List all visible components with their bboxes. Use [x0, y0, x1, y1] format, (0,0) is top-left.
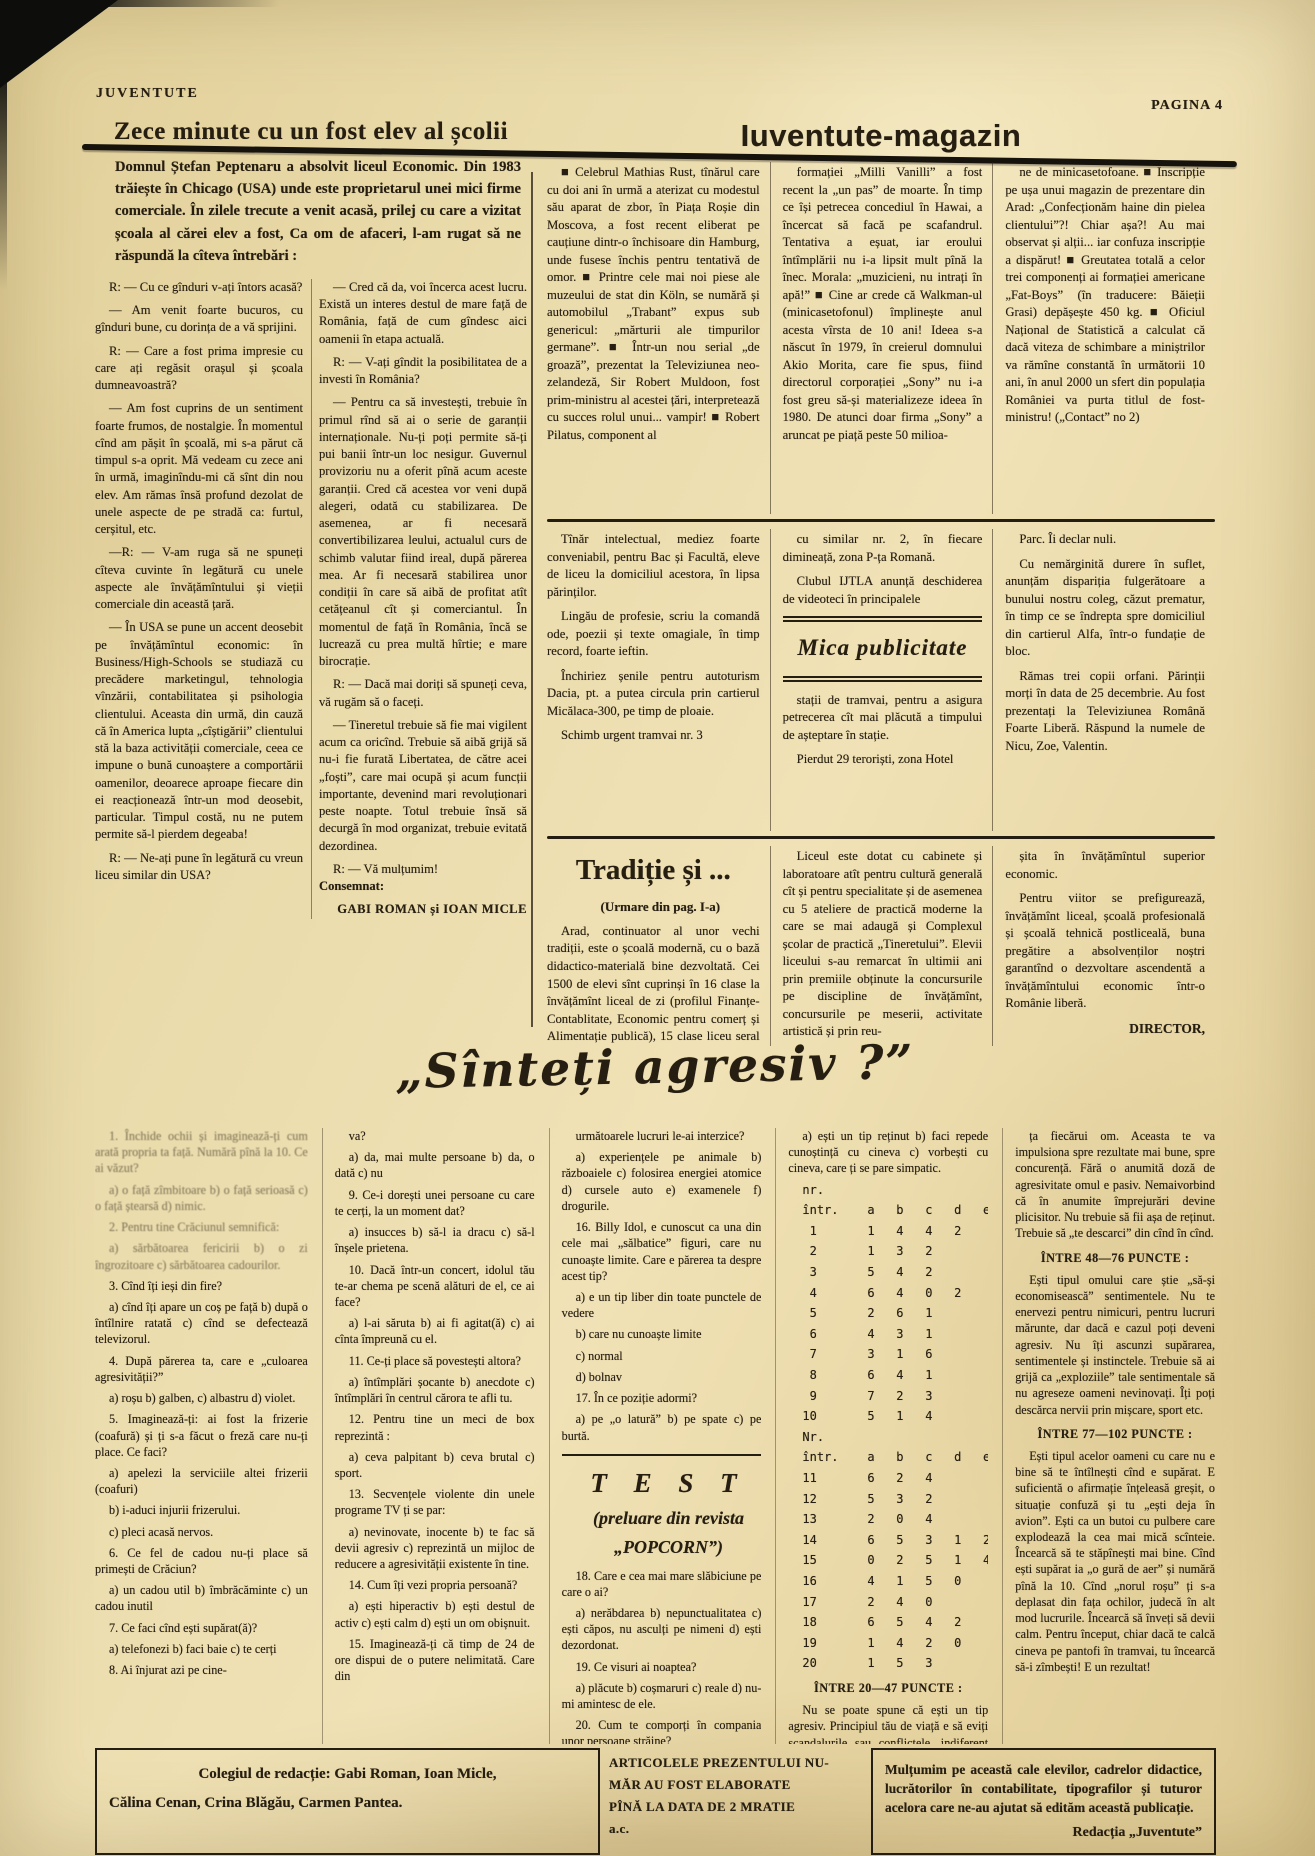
quiz-item: a) întîmplări șocante b) anecdote c) înt… [335, 1374, 535, 1406]
signature-label: Consemnat: [319, 878, 527, 895]
classified-ad: stații de tramvai, pentru a asigura petr… [783, 692, 983, 745]
footer-notice-line: ARTICOLELE PREZENTULUI NU- [609, 1752, 862, 1774]
qa-paragraph: R: — Cu ce gînduri v-ați întors acasă? [95, 279, 303, 296]
qa-paragraph: — Am venit foarte bucuros, cu gînduri bu… [95, 302, 303, 337]
horizontal-rule [547, 836, 1215, 839]
scan-corner-artifact [0, 0, 118, 88]
score-table-row: 5 2 6 1 [788, 1306, 988, 1322]
classified-ad: Rămas trei copii orfani. Părinții morți … [1005, 668, 1205, 756]
score-table-row: 7 3 1 6 [788, 1347, 988, 1363]
traditie-col-b: Liceul este dotat cu cabinete și laborat… [770, 846, 993, 1046]
score-table-row: 20 1 5 3 [788, 1656, 988, 1672]
thanks-text: Mulțumim pe această cale elevilor, cadre… [885, 1760, 1202, 1817]
score-table-row: 12 5 3 2 [788, 1492, 988, 1508]
score-table-row: 13 2 0 4 [788, 1512, 988, 1528]
interview-qa-columns: R: — Cu ce gînduri v-ați întors acasă?— … [95, 279, 527, 919]
classified-ad: Cu nemărginită durere în suflet, anunțăm… [1005, 556, 1205, 661]
verdict-paragraph: Ești tipul acelor oameni cu care nu e bi… [1015, 1448, 1215, 1675]
score-table-row: 14 6 5 3 1 2 [788, 1533, 988, 1549]
quiz-item: c) normal [562, 1348, 762, 1364]
classified-ad: Clubul IJTLA anunță deschiderea de video… [783, 573, 983, 608]
magazin-col-3: ne de minicasetofoane. ■ Inscripție pe u… [992, 162, 1215, 514]
classifieds-col-c: Parc. Îi declar nuli.Cu nemărginită dure… [992, 529, 1215, 831]
quiz-item: a) ceva palpitant b) ceva brutal c) spor… [335, 1449, 535, 1481]
quiz-item: 14. Cum îți vezi propria persoană? [335, 1577, 535, 1593]
horizontal-rule [547, 519, 1215, 522]
score-table-row: 2 1 3 2 [788, 1244, 988, 1260]
score-table-row: 11 6 2 4 [788, 1471, 988, 1487]
qa-paragraph: — În USA se pune un accent deosebit pe î… [95, 619, 303, 843]
test-subtitle-1: (preluare din revista [562, 1507, 762, 1531]
quiz-col-3-bottom: 18. Care e cea mai mare slăbiciune pe ca… [562, 1568, 762, 1745]
qa-paragraph: R: — Ne-ați pune în legătură cu vreun li… [95, 850, 303, 885]
quiz-item: următoarele lucruri le-ai interzice? [562, 1128, 762, 1144]
editorial-board-box: Colegiul de redacție: Gabi Roman, Ioan M… [95, 1748, 600, 1855]
classified-ad: Lingău de profesie, scriu la comandă ode… [547, 608, 760, 661]
qa-paragraph: —R: — V-am ruga să ne spuneți cîteva cuv… [95, 544, 303, 613]
quiz-item: 12. Pentru tine un meci de box reprezint… [335, 1411, 535, 1443]
verdict-paragraph: Ești tipul omului care știe „să-și econo… [1015, 1272, 1215, 1418]
quiz-col-5: ța fiecărui om. Aceasta te va impulsiona… [1002, 1128, 1215, 1744]
score-table-row: într. a b c d e f [788, 1450, 988, 1466]
editorial-board-line-1: Colegiul de redacție: Gabi Roman, Ioan M… [109, 1760, 586, 1789]
article-headline: Zece minute cu un fost elev al școlii [95, 118, 527, 146]
editorial-board-names-1: Gabi Roman, Ioan Micle, [334, 1766, 496, 1782]
quiz-item: a) plăcute b) coșmaruri c) reale d) nu-m… [562, 1680, 762, 1712]
quiz-item: b) i-aduci injurii frizerului. [95, 1502, 308, 1518]
quiz-item: a) roșu b) galben, c) albastru d) violet… [95, 1390, 308, 1406]
footer-notice-line: a.c. [609, 1818, 862, 1840]
quiz-item: 13. Secvențele violente din unele progra… [335, 1486, 535, 1518]
qa-paragraph: — Tineretul trebuie să fie mai vigilent … [319, 717, 527, 855]
traditie-continuation-note: (Urmare din pag. I-a) [547, 898, 760, 916]
classified-ad: cu similar nr. 2, în fiecare dimineață, … [783, 531, 983, 566]
score-table-row: Nr. [788, 1430, 988, 1446]
score-table-row: 9 7 2 3 [788, 1389, 988, 1405]
quiz-item: 20. Cum te comporți în compania unor per… [562, 1717, 762, 1744]
quiz-item: 4. După părerea ta, care e „culoarea agr… [95, 1353, 308, 1385]
qa-paragraph: R: — Dacă mai doriți să spuneți ceva, vă… [319, 676, 527, 711]
quiz-item: a) telefonezi b) faci baie c) te cerți [95, 1641, 308, 1657]
qa-paragraph: — Pentru ca să investești, trebuie în pr… [319, 394, 527, 670]
score-table-row: 10 5 1 4 [788, 1409, 988, 1425]
quiz-item: a) apelezi la serviciile altei frizerii … [95, 1465, 308, 1497]
quiz-item: 1. Închide ochii și imaginează-ți cum ar… [95, 1128, 308, 1177]
quiz-item: a) nerăbdarea b) nepunctualitatea c) eșt… [562, 1605, 762, 1654]
score-table-row: 19 1 4 2 0 [788, 1636, 988, 1652]
qa-paragraph: R: — Care a fost prima impresie cu care … [95, 343, 303, 395]
thanks-box: Mulțumim pe această cale elevilor, cadre… [871, 1748, 1216, 1855]
qa-paragraph: R: — V-ați gîndit la posibilitatea de a … [319, 354, 527, 389]
magazin-col-1-text: ■ Celebrul Mathias Rust, tînărul care cu… [547, 164, 760, 444]
quiz-item: d) bolnav [562, 1369, 762, 1385]
masthead-title: JUVENTUTE [96, 86, 199, 102]
score-table-row: 6 4 3 1 [788, 1327, 988, 1343]
score-table-row: 8 6 4 1 [788, 1368, 988, 1384]
score-table-row: 3 5 4 2 [788, 1265, 988, 1281]
score-table-row: 1 1 4 4 2 [788, 1224, 988, 1240]
quiz-col-4: a) ești un tip reținut b) faci repede cu… [775, 1128, 988, 1744]
quiz-item: a) da, mai multe persoane b) da, o dată … [335, 1149, 535, 1181]
classified-ad: Parc. Îi declar nuli. [1005, 531, 1205, 549]
traditie-headline: Tradiție și ... [547, 850, 760, 890]
score-table-row: 16 4 1 5 0 [788, 1574, 988, 1590]
classifieds-col-a: Tînăr intelectual, mediez foarte conveni… [547, 529, 770, 831]
quiz-col-3: următoarele lucruri le-ai interzice?a) e… [549, 1128, 762, 1744]
quiz-item: a) un cadou util b) îmbrăcăminte c) un c… [95, 1582, 308, 1614]
verdict-paragraph: ța fiecărui om. Aceasta te va impulsiona… [1015, 1128, 1215, 1242]
quiz-col-3-top: următoarele lucruri le-ai interzice?a) e… [562, 1128, 762, 1444]
traditie-col-c-text-2: Pentru viitor se prefigurează, învățămîn… [1005, 890, 1205, 1013]
score-table-row: 18 6 5 4 2 [788, 1615, 988, 1631]
quiz-item: 19. Ce visuri ai noaptea? [562, 1659, 762, 1675]
quiz-item: 18. Care e cea mai mare slăbiciune pe ca… [562, 1568, 762, 1600]
quiz-item: a) nevinovate, inocente b) te fac să dev… [335, 1524, 535, 1573]
magazin-col-2-text: formației „Milli Vanilli” a fost recent … [783, 164, 983, 444]
quiz-item: 10. Dacă într-un concert, idolul tău te-… [335, 1262, 535, 1311]
traditie-band: Tradiție și ... (Urmare din pag. I-a) Ar… [547, 846, 1215, 1046]
qa-paragraph: — Cred că da, voi încerca acest lucru. E… [319, 279, 527, 348]
quiz-section: 1. Închide ochii și imaginează-ți cum ar… [95, 1128, 1215, 1744]
scan-edge-artifact-left [0, 60, 7, 290]
traditie-col-a: Tradiție și ... (Urmare din pag. I-a) Ar… [547, 846, 770, 1046]
magazin-headline: Iuventute-magazin [547, 118, 1215, 154]
quiz-item: 3. Cînd îți ieși din fire? [95, 1278, 308, 1294]
quiz-item: a) pe „o latură” b) pe spate c) pe burtă… [562, 1411, 762, 1443]
signature-names: GABI ROMAN și IOAN MICLE [319, 901, 527, 918]
quiz-item: 6. Ce fel de cadou nu-ți place să primeș… [95, 1545, 308, 1577]
magazin-news-columns: ■ Celebrul Mathias Rust, tînărul care cu… [547, 162, 1215, 514]
quiz-item: b) care nu cunoaște limite [562, 1326, 762, 1342]
editorial-board-label: Colegiul de redacție: [198, 1766, 330, 1782]
verdict-1-text: Nu se poate spune că ești un tip agresiv… [788, 1702, 988, 1744]
qa-paragraph: — Am fost cuprins de un sentiment foarte… [95, 400, 303, 538]
page-number: PAGINA 4 [1151, 98, 1223, 114]
column-divider-main [531, 172, 533, 1027]
footer-notice-line: MĂR AU FOST ELABORATE [609, 1774, 862, 1796]
editorial-board-names-2: Călina Cenan, Crina Blăgău, Carmen Pante… [109, 1789, 586, 1818]
magazin-col-2: formației „Milli Vanilli” a fost recent … [770, 162, 993, 514]
quiz-item: 15. Imaginează-ți că timp de 24 de ore d… [335, 1636, 535, 1685]
verdict-1-heading: ÎNTRE 20—47 PUNCTE : [788, 1680, 988, 1696]
magazin-col-1: ■ Celebrul Mathias Rust, tînărul care cu… [547, 162, 770, 514]
quiz-item: 16. Billy Idol, e cunoscut ca una din ce… [562, 1219, 762, 1284]
verdict-paragraph: Nu se poate spune că ești un tip agresiv… [788, 1702, 988, 1744]
classified-ad: Tînăr intelectual, mediez foarte conveni… [547, 531, 760, 601]
quiz-item: a) insucces b) să-l ia dracu c) să-l înș… [335, 1224, 535, 1256]
quiz-item: c) pleci acasă nervos. [95, 1524, 308, 1540]
test-title: T E S T [562, 1466, 762, 1502]
article-intro: Domnul Ștefan Peptenaru a absolvit liceu… [115, 156, 521, 267]
footer-notice-line: PÎNĂ LA DATA DE 2 MRATIE [609, 1796, 862, 1818]
verdict-paragraph: ÎNTRE 77—102 PUNCTE : [1015, 1426, 1215, 1442]
quiz-item: a) l-ai săruta b) ai fi agitat(ă) c) ai … [335, 1315, 535, 1347]
classifieds-col-b: cu similar nr. 2, în fiecare dimineață, … [770, 529, 993, 831]
quiz-col-1: 1. Închide ochii și imaginează-ți cum ar… [95, 1128, 308, 1744]
qa-list: R: — Cu ce gînduri v-ați întors acasă?— … [95, 279, 527, 919]
quiz-item: 17. În ce poziție adormi? [562, 1390, 762, 1406]
magazin-col-3-text: ne de minicasetofoane. ■ Inscripție pe u… [1005, 164, 1205, 427]
quiz-item: a) o față zîmbitoare b) o față serioasă … [95, 1182, 308, 1214]
classifieds-col-b-bottom: stații de tramvai, pentru a asigura petr… [783, 692, 983, 769]
score-table-row: 4 6 4 0 2 [788, 1286, 988, 1302]
redaction-signature: Redacția „Juventute” [885, 1823, 1202, 1843]
quiz-item: a) sărbătoarea fericirii b) o zi îngrozi… [95, 1240, 308, 1272]
quiz-col-2: va?a) da, mai multe persoane b) da, o da… [322, 1128, 535, 1744]
mica-publicitate-headline: Mica publicitate [798, 635, 968, 660]
score-table-row: într. a b c d e f [788, 1203, 988, 1219]
verdict-paragraph: ÎNTRE 48—76 PUNCTE : [1015, 1250, 1215, 1266]
score-table-row: nr. [788, 1183, 988, 1199]
traditie-col-c-text-1: șita în învățămîntul superior economic. [1005, 848, 1205, 883]
article-interview: Zece minute cu un fost elev al școlii Do… [95, 118, 527, 1030]
score-table: nr.într. a b c d e f 1 1 4 4 2 2 1 3 2 3… [788, 1183, 988, 1672]
traditie-col-c: șita în învățămîntul superior economic. … [992, 846, 1215, 1046]
quiz-item: va? [335, 1128, 535, 1144]
quiz-item: a) e un tip liber din toate punctele de … [562, 1289, 762, 1321]
score-table-row: 15 0 2 5 1 4 5 [788, 1553, 988, 1569]
classifieds-band: Tînăr intelectual, mediez foarte conveni… [547, 529, 1215, 831]
quiz-item: a) experiențele pe animale b) războaiele… [562, 1149, 762, 1214]
newspaper-page: JUVENTUTE PAGINA 4 Zece minute cu un fos… [0, 0, 1315, 1856]
section-iuventute-magazin: Iuventute-magazin ■ Celebrul Mathias Rus… [547, 118, 1215, 1046]
quiz-item: 9. Ce-i dorești unei persoane cu care te… [335, 1187, 535, 1219]
classifieds-col-b-top: cu similar nr. 2, în fiecare dimineață, … [783, 531, 983, 608]
qa-paragraph: R: — Vă mulțumim! [319, 861, 527, 878]
traditie-col-b-text: Liceul este dotat cu cabinete și laborat… [783, 848, 983, 1041]
test-box: T E S T (preluare din revista „POPCORN”) [562, 1454, 762, 1560]
score-table-row: 17 2 4 0 [788, 1595, 988, 1611]
footer-notice: ARTICOLELE PREZENTULUI NU-MĂR AU FOST EL… [609, 1748, 862, 1855]
quiz-item: 11. Ce-ți place să povestești altora? [335, 1353, 535, 1369]
quiz-item: a) ești hiperactiv b) ești destul de act… [335, 1598, 535, 1630]
quiz-item: 8. Ai înjurat azi pe cine- [95, 1662, 308, 1678]
quiz-item: 5. Imaginează-ți: ai fost la frizerie (c… [95, 1411, 308, 1460]
quiz-headline: „Sînteți agresiv ?” [95, 1029, 1216, 1105]
classified-ad: Închiriez șenile pentru autoturism Dacia… [547, 668, 760, 721]
page-footer: Colegiul de redacție: Gabi Roman, Ioan M… [95, 1748, 1216, 1855]
scan-edge-artifact-top [60, 0, 280, 7]
quiz-item: 7. Ce faci cînd ești supărat(ă)? [95, 1620, 308, 1636]
mica-publicitate-box: Mica publicitate [783, 616, 983, 682]
quiz-item: a) cînd îți apare un coș pe față b) după… [95, 1299, 308, 1348]
classified-ad: Schimb urgent tramvai nr. 3 [547, 727, 760, 745]
quiz-item: 2. Pentru tine Crăciunul semnifică: [95, 1219, 308, 1235]
classified-ad: Pierdut 29 teroriști, zona Hotel [783, 751, 983, 769]
traditie-col-a-text: Arad, continuator al unor vechi tradiții… [547, 923, 760, 1046]
quiz-col-4-intro: a) ești un tip reținut b) faci repede cu… [788, 1128, 988, 1177]
test-subtitle-2: „POPCORN”) [562, 1536, 762, 1560]
